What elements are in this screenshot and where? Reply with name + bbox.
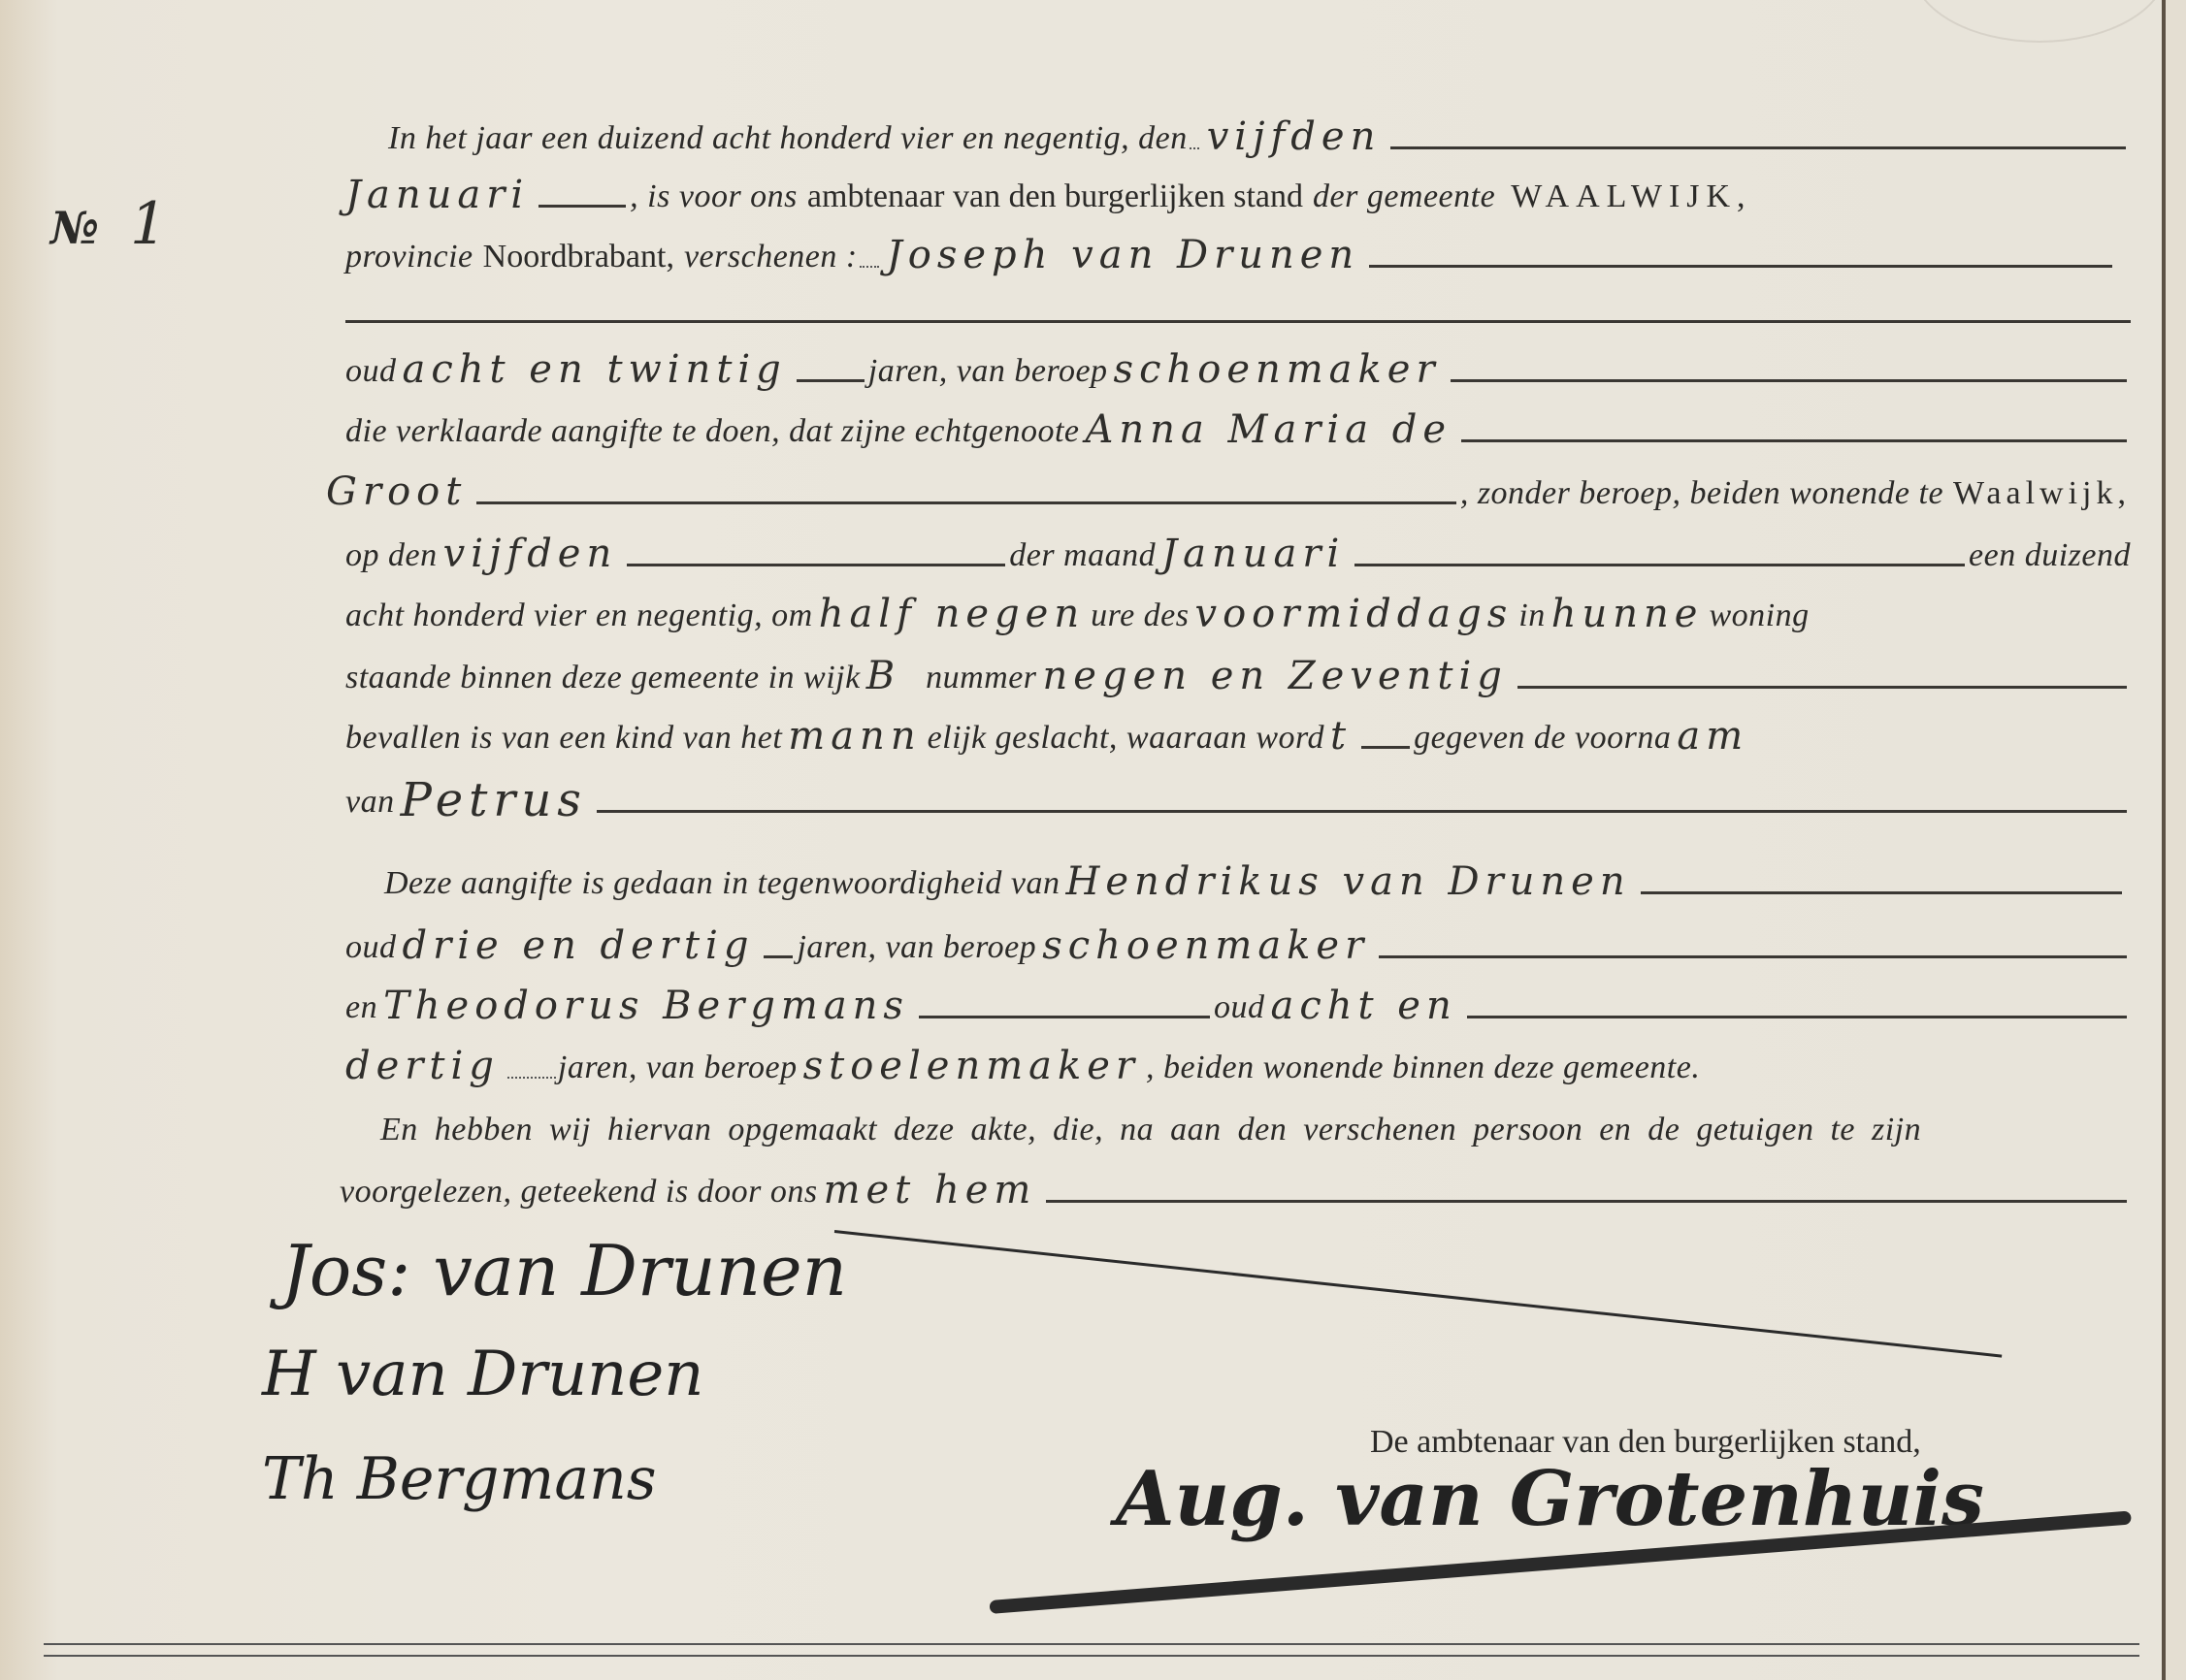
printed-text: Deze aangifte is gedaan in tegenwoordigh…	[384, 867, 1060, 900]
handwritten-birth-month: Januari	[1156, 537, 1351, 570]
line-5: oud acht en twintig jaren, van beroep sc…	[345, 330, 2131, 388]
printed-text: en	[345, 991, 377, 1024]
printed-text: In het jaar een duizend acht honderd vie…	[388, 122, 1188, 155]
line-8: op den vijfden der maand Januari een dui…	[345, 514, 2131, 572]
printed-text: acht honderd vier en negentig, om	[345, 599, 813, 632]
bottom-rule-2	[44, 1655, 2139, 1657]
handwritten-age: acht en twintig	[397, 353, 793, 386]
line-13: Deze aangifte is gedaan in tegenwoordigh…	[384, 842, 2126, 900]
printed-text: der gemeente	[1313, 180, 1495, 213]
municipality-name: WAALWIJK,	[1511, 180, 1751, 213]
handwritten-witness2-age: acht en	[1264, 989, 1462, 1022]
printed-text: nummer	[926, 662, 1036, 695]
handwritten-mother-name: Anna Maria de	[1080, 413, 1458, 446]
line-3: provincie Noordbrabant, verschenen : Jos…	[345, 215, 2116, 274]
printed-text: in	[1518, 599, 1545, 632]
signature-witness1: H van Drunen	[262, 1339, 703, 1410]
line-1: In het jaar een duizend acht honderd vie…	[388, 97, 2130, 155]
line-9: acht honderd vier en negentig, om half n…	[345, 574, 2131, 632]
printed-text: jaren, van beroep	[797, 931, 1036, 964]
handwritten-witness1-age: drie en dertig	[397, 929, 761, 962]
printed-text: gegeven de voorna	[1414, 722, 1671, 755]
printed-text: oud	[345, 931, 397, 964]
printed-text: die verklaarde aangifte te doen, dat zij…	[345, 415, 1080, 448]
handwritten-house-number: negen en Zeventig	[1037, 660, 1514, 693]
handwritten-day-part: voormiddags	[1189, 598, 1518, 630]
line-12: van Petrus	[345, 760, 2131, 819]
handwritten-mother-surname: Groot	[320, 475, 473, 508]
line-10: staande binnen deze gemeente in wijk B n…	[345, 636, 2131, 695]
printed-text: En hebben wij hiervan opgemaakt deze akt…	[380, 1114, 1921, 1147]
handwritten-witness1-occupation: schoenmaker	[1036, 929, 1375, 962]
printed-text: jaren, van beroep	[868, 355, 1108, 388]
handwritten-letter: t	[1324, 720, 1357, 753]
printed-text: , beiden wonende binnen deze gemeente.	[1146, 1051, 1700, 1084]
line-18: voorgelezen, geteekend is door ons met h…	[340, 1150, 2131, 1209]
record-number: №1	[50, 190, 179, 258]
handwritten-day: vijfden	[1201, 120, 1387, 153]
printed-text: der maand	[1009, 539, 1156, 572]
line-14: oud drie en dertig jaren, van beroep sch…	[345, 906, 2131, 964]
handwritten-signing-note: met hem	[818, 1174, 1043, 1207]
printed-text: jaren, van beroep	[558, 1051, 798, 1084]
handwritten-letters: am	[1671, 720, 1754, 753]
handwritten-child-name: Petrus	[395, 784, 593, 817]
printed-text: De ambtenaar van den burgerlijken stand,	[1370, 1426, 1921, 1459]
line-2: Januari , is voor ons ambtenaar van den …	[340, 155, 2130, 213]
record-number-label: №	[50, 202, 99, 254]
residence-place: Waalwijk,	[1953, 477, 2131, 510]
official-label: De ambtenaar van den burgerlijken stand,	[1370, 1401, 2107, 1459]
printed-text: verschenen :	[684, 241, 858, 274]
printed-text: op den	[345, 539, 438, 572]
printed-text: bevallen is van een kind van het	[345, 722, 782, 755]
printed-text: voorgelezen, geteekend is door ons	[340, 1176, 818, 1209]
handwritten-witness2-age-cont: dertig	[340, 1050, 506, 1082]
printed-text: , is voor ons	[630, 180, 798, 213]
handwritten-declarant-name: Joseph van Drunen	[881, 239, 1365, 272]
handwritten-witness2-name: Theodorus Bergmans	[377, 989, 915, 1022]
handwritten-ward: B	[861, 660, 906, 693]
handwritten-possessive: hunne	[1546, 598, 1710, 630]
bottom-rule-1	[44, 1643, 2139, 1645]
line-11: bevallen is van een kind van het mann el…	[345, 696, 2131, 755]
line-6: die verklaarde aangifte te doen, dat zij…	[345, 390, 2131, 448]
printed-text: oud	[345, 355, 397, 388]
handwritten-occupation: schoenmaker	[1108, 353, 1447, 386]
line-16: dertig jaren, van beroep stoelenmaker , …	[340, 1026, 2131, 1084]
signature-witness2: Th Bergmans	[262, 1445, 657, 1513]
line-15: en Theodorus Bergmans oud acht en	[345, 966, 2131, 1024]
record-number-value: 1	[124, 190, 179, 258]
printed-text: van	[345, 786, 395, 819]
printed-text: oud	[1214, 991, 1265, 1024]
line-17: En hebben wij hiervan opgemaakt deze akt…	[380, 1088, 2127, 1147]
printed-text: staande binnen deze gemeente in wijk	[345, 662, 861, 695]
handwritten-witness1-name: Hendrikus van Drunen	[1060, 865, 1636, 898]
line-7: Groot , zonder beroep, beiden wonende te…	[320, 452, 2131, 510]
handwritten-gender: mann	[782, 720, 927, 753]
printed-text: elijk geslacht, waaraan word	[928, 722, 1324, 755]
blank-rule	[345, 320, 2131, 323]
printed-text: , zonder beroep, beiden wonende te	[1460, 477, 1943, 510]
province-name: Noordbrabant,	[483, 241, 674, 274]
printed-text: ambtenaar van den burgerlijken stand	[807, 180, 1303, 213]
printed-text: een duizend	[1969, 539, 2131, 572]
printed-text: provincie	[345, 241, 473, 274]
signature-declarant: Jos: van Drunen	[281, 1230, 847, 1311]
printed-text: ure des	[1091, 599, 1189, 632]
printed-text: woning	[1709, 599, 1809, 632]
handwritten-month: Januari	[340, 178, 535, 211]
adjacent-page-edge	[2166, 0, 2186, 1680]
handwritten-witness2-occupation: stoelenmaker	[798, 1050, 1146, 1082]
handwritten-birth-day: vijfden	[438, 537, 624, 570]
signature-official: Aug. van Grotenhuis	[1116, 1455, 1984, 1543]
handwritten-birth-time: half negen	[813, 598, 1091, 630]
